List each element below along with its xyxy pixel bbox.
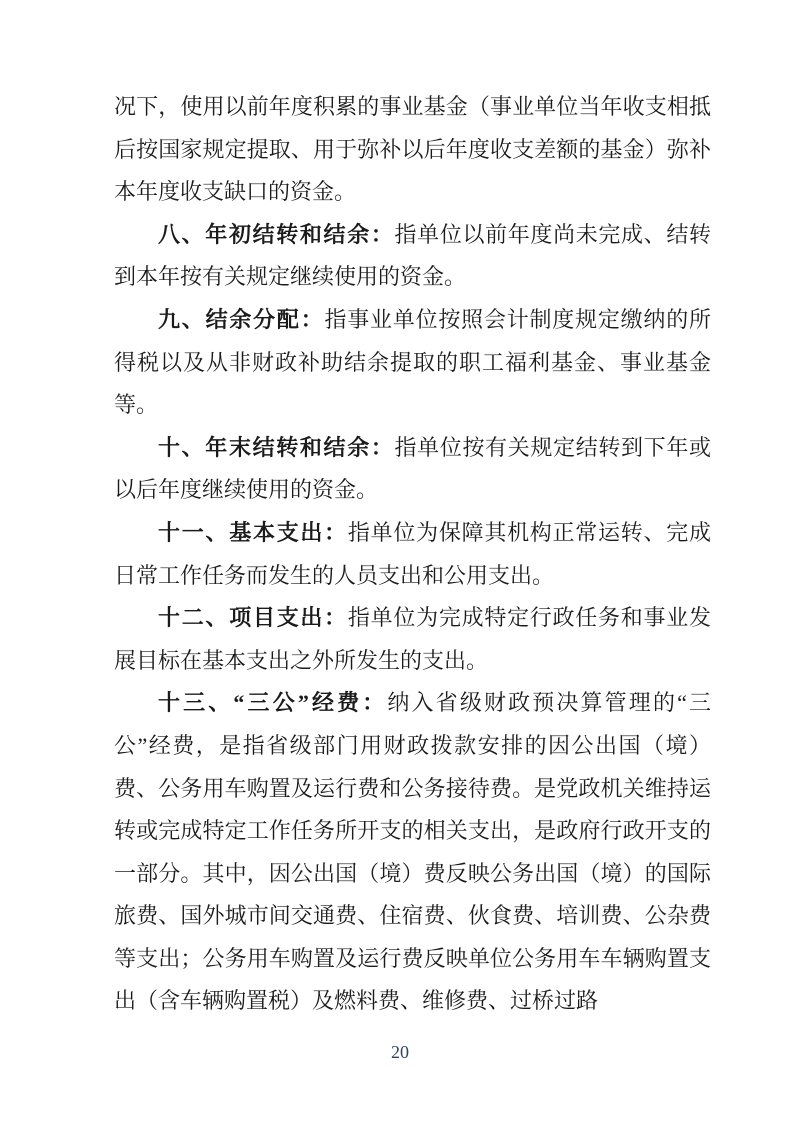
paragraph: 十三、“三公”经费：纳入省级财政预决算管理的“三公”经费，是指省级部门用财政拨款… bbox=[114, 682, 711, 1023]
paragraph: 况下，使用以前年度积累的事业基金（事业单位当年收支相抵后按国家规定提取、用于弥补… bbox=[114, 86, 711, 214]
page-number: 20 bbox=[391, 1042, 409, 1062]
term-label: 八、年初结转和结余： bbox=[158, 222, 395, 247]
page-footer: 20 bbox=[0, 1042, 800, 1063]
paragraph: 十二、项目支出：指单位为完成特定行政任务和事业发展目标在基本支出之外所发生的支出… bbox=[114, 597, 711, 682]
term-label: 十二、项目支出： bbox=[158, 605, 348, 630]
paragraph: 八、年初结转和结余：指单位以前年度尚未完成、结转到本年按有关规定继续使用的资金。 bbox=[114, 214, 711, 299]
term-label: 十三、“三公”经费： bbox=[158, 690, 387, 715]
paragraph: 九、结余分配：指事业单位按照会计制度规定缴纳的所得税以及从非财政补助结余提取的职… bbox=[114, 299, 711, 427]
term-label: 九、结余分配： bbox=[158, 307, 324, 332]
document-body: 况下，使用以前年度积累的事业基金（事业单位当年收支相抵后按国家规定提取、用于弥补… bbox=[114, 86, 711, 1023]
paragraph: 十一、基本支出：指单位为保障其机构正常运转、完成日常工作任务而发生的人员支出和公… bbox=[114, 512, 711, 597]
document-page: 况下，使用以前年度积累的事业基金（事业单位当年收支相抵后按国家规定提取、用于弥补… bbox=[0, 0, 800, 1132]
term-label: 十、年末结转和结余： bbox=[158, 435, 395, 460]
term-label: 十一、基本支出： bbox=[158, 520, 348, 545]
paragraph: 十、年末结转和结余：指单位按有关规定结转到下年或以后年度继续使用的资金。 bbox=[114, 427, 711, 512]
